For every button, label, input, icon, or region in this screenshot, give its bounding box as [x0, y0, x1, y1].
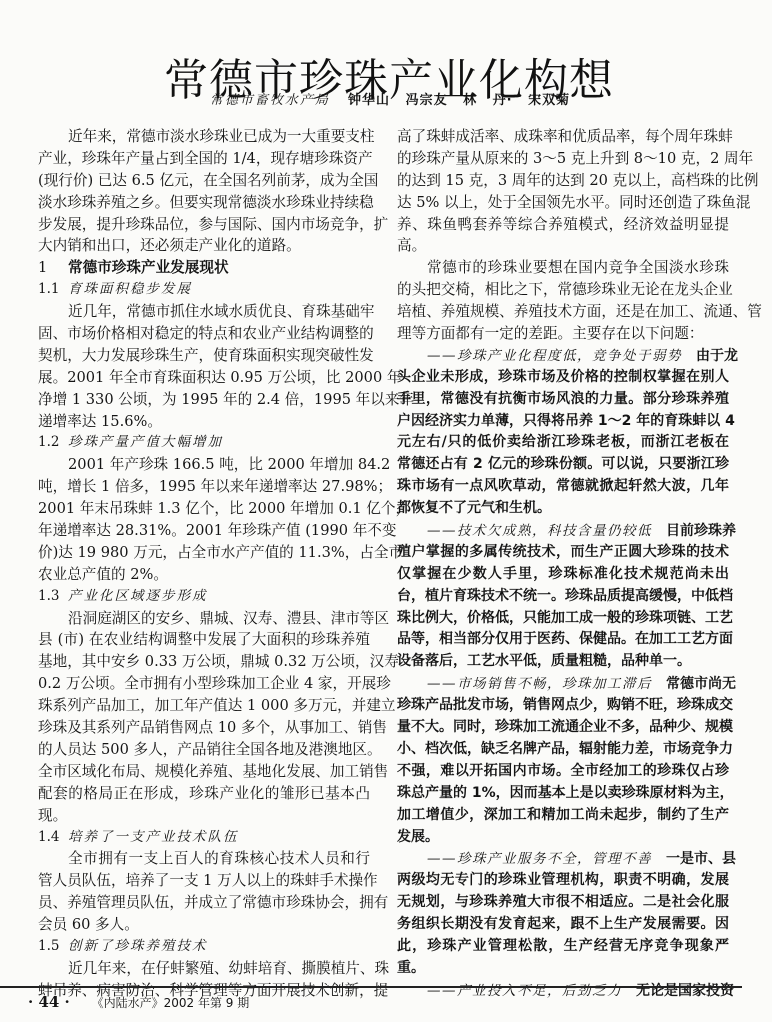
- paragraph-first-line: 近年来，常德市淡水珍珠业已成为一大重要支柱: [38, 126, 370, 148]
- text-line: 设备落后，工艺水平低，质量粗糙，品种单一。: [397, 651, 729, 673]
- text-line: 管人员队伍，培养了一支 1 万人以上的珠蚌手术操作: [38, 870, 370, 892]
- heading-number: 1: [38, 257, 68, 279]
- byline: 常德市畜牧水产局 钟华山 冯宗友 林 丹· 宋双菊: [150, 90, 630, 112]
- text-line: 两级均无专门的珍珠业管理机构，职责不明确，发展: [397, 870, 729, 892]
- problem-heading-line: ——珍珠产业化程度低，竞争处于弱势由于龙: [397, 345, 729, 367]
- text-line: 户因经济实力单薄，只得将吊养 1～2 年的育珠蚌以 4: [397, 411, 729, 433]
- heading-text: 育珠面积稳步发展: [68, 281, 192, 297]
- text-line: 的珍珠产量从原来的 3～5 克上升到 8～10 克，2 周年: [397, 148, 729, 170]
- text-line: 农业总产值的 2%。: [38, 564, 370, 586]
- text-line: 固、市场价格相对稳定的特点和农业产业结构调整的: [38, 323, 370, 345]
- text-line: 递增率达 15.6%。: [38, 411, 370, 433]
- paragraph-first-line: 全市拥有一支上百人的育珠核心技术人员和行: [38, 848, 370, 870]
- paragraph-first-line: 沿洞庭湖区的安乡、鼎城、汉寿、澧县、津市等区: [38, 608, 370, 630]
- author-names: 钟华山 冯宗友 林 丹· 宋双菊: [348, 93, 570, 108]
- text-line: 殖户掌握的多属传统技术，而生产正圆大珍珠的技术: [397, 542, 729, 564]
- right-text-column: 高了珠蚌成活率、成珠率和优质品率，每个周年珠蚌的珍珠产量从原来的 3～5 克上升…: [397, 126, 729, 1002]
- text-line: 的头把交椅，相比之下，常德珍珠业无论在龙头企业: [397, 279, 729, 301]
- paragraph-text: 一是市、县: [666, 851, 736, 867]
- text-line: 产业，珍珠年产量占到全国的 1/4，现存塘珍珠资产: [38, 148, 370, 170]
- heading-text: 产业化区域逐步形成: [68, 588, 208, 604]
- text-line: 步发展，提升珍珠品位，参与国际、国内市场竞争，扩: [38, 214, 370, 236]
- paragraph-first-line: 近几年来，在仔蚌繁殖、幼蚌培育、撕膜植片、珠: [38, 958, 370, 980]
- text-line: 手里，常德没有抗衡市场风浪的力量。部分珍珠养殖: [397, 389, 729, 411]
- text-line: 珍珠及其系列产品销售网点 10 多个，从事加工、销售: [38, 717, 370, 739]
- text-line: 大内销和出口，还必须走产业化的道路。: [38, 235, 370, 257]
- section-heading: 1常德市珍珠产业发展现状: [38, 257, 370, 279]
- paragraph-first-line: 近几年，常德市抓住水域水质优良、育珠基础牢: [38, 301, 370, 323]
- text-line: 高了珠蚌成活率、成珠率和优质品率，每个周年珠蚌: [397, 126, 729, 148]
- page-number: · 44 ·: [28, 993, 70, 1011]
- text-line: 加工增值少，深加工和精加工尚未起步，制约了生产: [397, 805, 729, 827]
- subsection-heading: 1.3产业化区域逐步形成: [38, 586, 370, 608]
- text-line: 元左右/只的低价卖给浙江珍珠老板，而浙江老板在: [397, 432, 729, 454]
- heading-text: 培养了一支产业技术队伍: [68, 829, 239, 845]
- text-line: 珠比例大，价格低，只能加工成一般的珍珠项链、工艺: [397, 608, 729, 630]
- text-line: 珠总产量的 1%，因而基本上是以卖珍珠原材料为主，: [397, 783, 729, 805]
- text-line: 发展。: [397, 827, 729, 849]
- text-line: 净增 1 330 公顷，为 1995 年的 2.4 倍，1995 年以来年: [38, 389, 370, 411]
- text-line: 展。2001 年全市育珠面积达 0.95 万公顷，比 2000 年: [38, 367, 370, 389]
- text-line: 0.2 万公顷。全市拥有小型珍珠加工企业 4 家，开展珍: [38, 673, 370, 695]
- text-line: 品等，相当部分仅用于医药、保健品。在加工工艺方面: [397, 629, 729, 651]
- page-footer: · 44 · 《内陆水产》2002 年第 9 期: [28, 992, 249, 1012]
- text-line: 量不大。同时，珍珠加工流通企业不多，品种少、规模: [397, 717, 729, 739]
- text-line: 淡水珍珠养殖之乡。但要实现常德淡水珍珠业持续稳: [38, 192, 370, 214]
- problem-heading: ——珍珠产业服务不全，管理不善: [427, 851, 652, 867]
- subsection-heading: 1.4培养了一支产业技术队伍: [38, 827, 370, 849]
- heading-text: 常德市珍珠产业发展现状: [68, 259, 229, 276]
- text-line: 台，植片育珠技术不统一。珍珠品质提高缓慢，中低档: [397, 586, 729, 608]
- text-line: 珍珠产品批发市场，销售网点少，购销不旺，珍珠成交: [397, 695, 729, 717]
- paragraph-text: 常德市尚无: [666, 676, 736, 692]
- text-line: 配套的格局正在形成，珍珠产业化的雏形已基本凸: [38, 783, 370, 805]
- text-line: 培植、养殖规模、养殖技术方面，还是在加工、流通、管: [397, 301, 729, 323]
- text-line: 县 (市) 在农业结构调整中发展了大面积的珍珠养殖: [38, 629, 370, 651]
- text-line: 全市区域化布局、规模化养殖、基地化发展、加工销售: [38, 761, 370, 783]
- heading-number: 1.4: [38, 827, 68, 849]
- text-line: 年递增率达 28.31%。2001 年珍珠产值 (1990 年不变: [38, 520, 370, 542]
- heading-text: 创新了珍珠养殖技术: [68, 938, 208, 954]
- author-organization: 常德市畜牧水产局: [210, 93, 330, 108]
- paragraph-first-line: 常德市的珍珠业要想在国内竞争全国淡水珍珠: [397, 257, 729, 279]
- text-line: 仅掌握在少数人手里，珍珠标准化技术规范尚未出: [397, 564, 729, 586]
- left-text-column: 近年来，常德市淡水珍珠业已成为一大重要支柱产业，珍珠年产量占到全国的 1/4，现…: [38, 126, 370, 1002]
- text-line: 高。: [397, 235, 729, 257]
- text-line: 小、档次低，缺乏名牌产品，辐射能力差，市场竞争力: [397, 739, 729, 761]
- problem-heading: ——市场销售不畅，珍珠加工滞后: [427, 676, 652, 692]
- text-line: 吨，增长 1 倍多，1995 年以来年递增率达 27.98%；: [38, 476, 370, 498]
- text-line: 达 5% 以上，处于全国领先水平。同时还创造了珠鱼混: [397, 192, 729, 214]
- paragraph-text: 由于龙: [696, 348, 738, 364]
- text-line: 此，珍珠产业管理松散，生产经营无序竞争现象严: [397, 936, 729, 958]
- text-line: 都恢复不了元气和生机。: [397, 498, 729, 520]
- heading-number: 1.5: [38, 936, 68, 958]
- text-line: 契机，大力发展珍珠生产，使育珠面积实现突破性发: [38, 345, 370, 367]
- subsection-heading: 1.2珍珠产量产值大幅增加: [38, 432, 370, 454]
- text-line: 重。: [397, 958, 729, 980]
- text-line: 员、养殖管理员队伍，并成立了常德市珍珠协会，拥有: [38, 892, 370, 914]
- text-line: 的人员达 500 多人，产品销往全国各地及港澳地区。: [38, 739, 370, 761]
- text-line: 的达到 15 克，3 周年的达到 20 克以上，高档珠的比例: [397, 170, 729, 192]
- subsection-heading: 1.5创新了珍珠养殖技术: [38, 936, 370, 958]
- text-line: 2001 年末吊珠蚌 1.3 亿个，比 2000 年增加 0.1 亿个，: [38, 498, 370, 520]
- text-line: 现。: [38, 805, 370, 827]
- problem-heading-line: ——技术欠成熟，科技含量仍较低目前珍珠养: [397, 520, 729, 542]
- journal-citation: 《内陆水产》2002 年第 9 期: [92, 996, 250, 1010]
- text-line: 常德还占有 2 亿元的珍珠份额。可以说，只要浙江珍: [397, 454, 729, 476]
- text-line: 务组织长期没有发育起来，跟不上生产发展需要。因: [397, 914, 729, 936]
- heading-number: 1.1: [38, 279, 68, 301]
- heading-text: 珍珠产量产值大幅增加: [68, 434, 223, 450]
- subsection-heading: 1.1育珠面积稳步发展: [38, 279, 370, 301]
- problem-heading-line: ——市场销售不畅，珍珠加工滞后常德市尚无: [397, 673, 729, 695]
- problem-heading: ——技术欠成熟，科技含量仍较低: [427, 523, 652, 539]
- text-line: 理等方面都有一定的差距。主要存在以下问题：: [397, 323, 729, 345]
- problem-heading: ——珍珠产业化程度低，竞争处于弱势: [427, 348, 682, 364]
- text-line: 会员 60 多人。: [38, 914, 370, 936]
- problem-heading-line: ——产业投入不足，后劲乏力无论是国家投资: [397, 980, 729, 1002]
- heading-number: 1.2: [38, 432, 68, 454]
- text-line: 珠市场有一点风吹草动，常德就掀起轩然大波，几年: [397, 476, 729, 498]
- text-line: 价)达 19 980 万元，占全市水产产值的 11.3%，占全市: [38, 542, 370, 564]
- text-line: (现行价) 已达 6.5 亿元，在全国名列前茅，成为全国: [38, 170, 370, 192]
- text-line: 基地，其中安乡 0.33 万公顷，鼎城 0.32 万公顷，汉寿: [38, 651, 370, 673]
- text-line: 珠系列产品加工，加工年产值达 1 000 多万元，并建立: [38, 695, 370, 717]
- footer-rule: [0, 986, 742, 988]
- text-line: 无规划，与珍珠养殖大市很不相适应。二是社会化服: [397, 892, 729, 914]
- heading-number: 1.3: [38, 586, 68, 608]
- text-line: 养、珠鱼鸭套养等综合养殖模式，经济效益明显提: [397, 214, 729, 236]
- text-line: 头企业未形成，珍珠市场及价格的控制权掌握在别人: [397, 367, 729, 389]
- paragraph-text: 目前珍珠养: [666, 523, 736, 539]
- problem-heading-line: ——珍珠产业服务不全，管理不善一是市、县: [397, 848, 729, 870]
- paragraph-first-line: 2001 年产珍珠 166.5 吨，比 2000 年增加 84.2: [38, 454, 370, 476]
- text-line: 不强，难以开拓国内市场。全市经加工的珍珠仅占珍: [397, 761, 729, 783]
